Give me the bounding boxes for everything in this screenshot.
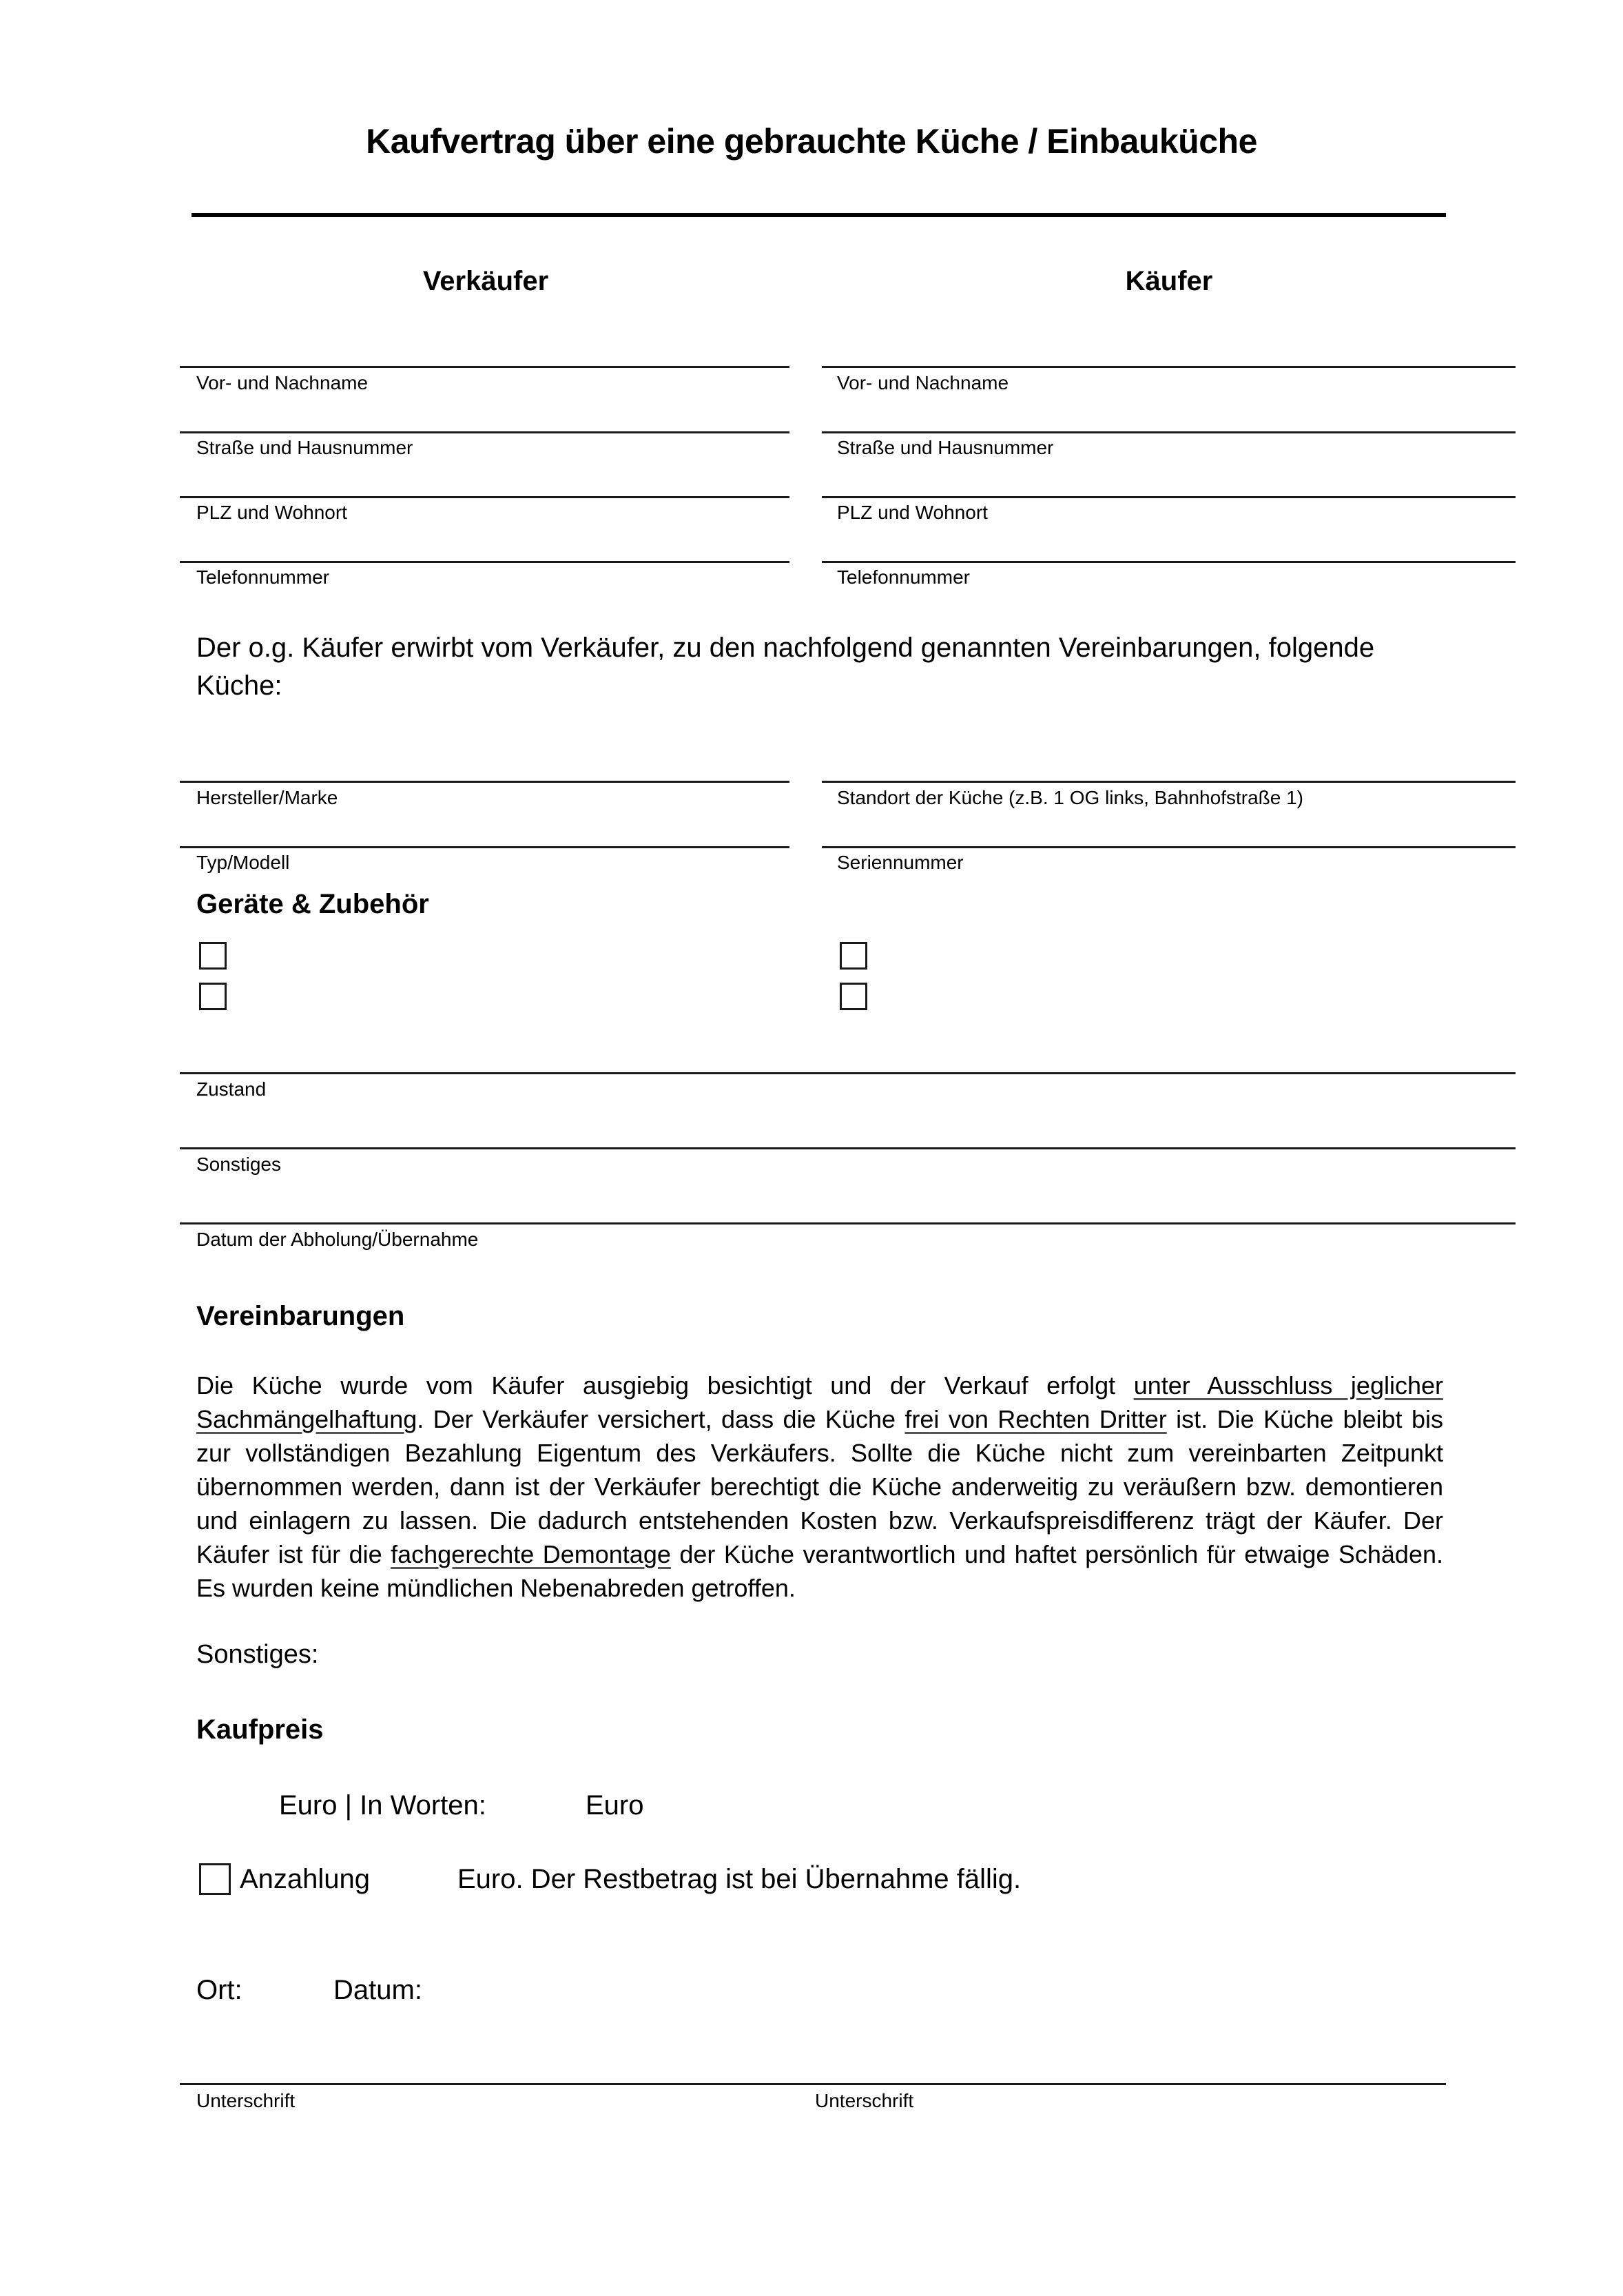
title-rule: [192, 213, 1446, 217]
agreements-other-label: Sonstiges:: [196, 1640, 318, 1670]
price-amount-label: Euro | In Worten:: [279, 1790, 486, 1821]
condition-line[interactable]: [180, 1072, 1516, 1074]
intro-text: Der o.g. Käufer erwirbt vom Verkäufer, z…: [196, 629, 1436, 705]
other-line[interactable]: [180, 1147, 1516, 1149]
deposit-label: Anzahlung: [240, 1864, 370, 1895]
buyer-city-label: PLZ und Wohnort: [837, 502, 988, 524]
seller-phone-label: Telefonnummer: [196, 566, 329, 588]
location-line[interactable]: [822, 781, 1516, 783]
manufacturer-label: Hersteller/Marke: [196, 787, 338, 809]
seller-street-label: Straße und Hausnummer: [196, 437, 413, 459]
buyer-phone-label: Telefonnummer: [837, 566, 970, 588]
buyer-street-line[interactable]: [822, 431, 1516, 433]
condition-label: Zustand: [196, 1078, 266, 1100]
model-label: Typ/Modell: [196, 852, 289, 874]
serial-line[interactable]: [822, 846, 1516, 848]
buyer-street-label: Straße und Hausnummer: [837, 437, 1053, 459]
agreement-text: . Der Verkäufer versichert, dass die Küc…: [417, 1405, 904, 1433]
buyer-city-line[interactable]: [822, 496, 1516, 498]
buyer-name-label: Vor- und Nachname: [837, 372, 1009, 394]
place-label: Ort:: [196, 1975, 242, 2006]
other-label: Sonstiges: [196, 1154, 281, 1176]
pickup-date-line[interactable]: [180, 1222, 1516, 1224]
seller-heading: Verkäufer: [423, 266, 548, 297]
appliance-checkbox-1[interactable]: [199, 942, 227, 970]
seller-phone-line[interactable]: [180, 561, 789, 563]
model-line[interactable]: [180, 846, 789, 848]
document-title: Kaufvertrag über eine gebrauchte Küche /…: [0, 121, 1623, 161]
emphasized-clause: fachgerechte Demontage: [391, 1540, 671, 1568]
serial-label: Seriennummer: [837, 852, 964, 874]
agreements-heading: Vereinbarungen: [196, 1301, 404, 1332]
price-words-unit: Euro: [586, 1790, 644, 1821]
pickup-date-label: Datum der Abholung/Übernahme: [196, 1229, 478, 1251]
manufacturer-line[interactable]: [180, 781, 789, 783]
appliances-heading: Geräte & Zubehör: [196, 889, 429, 920]
seller-name-line[interactable]: [180, 366, 789, 368]
deposit-checkbox[interactable]: [199, 1863, 231, 1895]
date-label: Datum:: [333, 1975, 422, 2006]
appliance-checkbox-2[interactable]: [199, 983, 227, 1010]
seller-street-line[interactable]: [180, 431, 789, 433]
deposit-text: Euro. Der Restbetrag ist bei Übernahme f…: [457, 1864, 1021, 1895]
buyer-heading: Käufer: [1126, 266, 1213, 297]
emphasized-clause: frei von Rechten Dritter: [904, 1405, 1166, 1433]
seller-city-line[interactable]: [180, 496, 789, 498]
location-label: Standort der Küche (z.B. 1 OG links, Bah…: [837, 787, 1303, 809]
agreements-paragraph: Die Küche wurde vom Käufer ausgiebig bes…: [196, 1369, 1443, 1605]
appliance-checkbox-4[interactable]: [840, 983, 867, 1010]
seller-name-label: Vor- und Nachname: [196, 372, 368, 394]
seller-signature-label: Unterschrift: [196, 2090, 295, 2112]
agreement-text: Die Küche wurde vom Käufer ausgiebig bes…: [196, 1371, 1134, 1400]
buyer-name-line[interactable]: [822, 366, 1516, 368]
signature-line[interactable]: [180, 2083, 1446, 2085]
price-heading: Kaufpreis: [196, 1714, 324, 1745]
seller-city-label: PLZ und Wohnort: [196, 502, 347, 524]
buyer-signature-label: Unterschrift: [815, 2090, 913, 2112]
appliance-checkbox-3[interactable]: [840, 942, 867, 970]
buyer-phone-line[interactable]: [822, 561, 1516, 563]
